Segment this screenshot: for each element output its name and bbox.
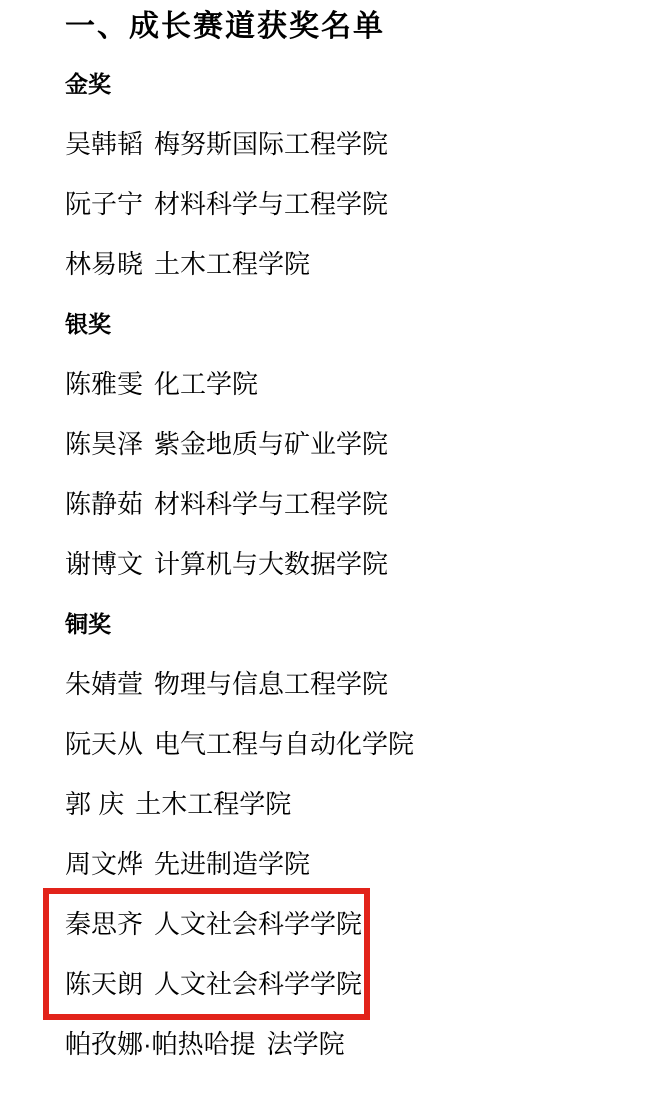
winner-row: 阮天从电气工程与自动化学院 <box>65 714 670 774</box>
award-document: 一、成长赛道获奖名单 金奖吴韩韬梅努斯国际工程学院阮子宁材料科学与工程学院林易晓… <box>0 0 670 1074</box>
winner-row: 阮子宁材料科学与工程学院 <box>65 174 670 234</box>
winner-name: 帕孜娜·帕热哈提 <box>65 1029 256 1059</box>
winner-college: 材料科学与工程学院 <box>154 489 388 519</box>
winner-name: 陈昊泽 <box>65 429 143 459</box>
winner-row: 陈静茹材料科学与工程学院 <box>65 474 670 534</box>
winner-name: 林易晓 <box>65 249 143 279</box>
award-tier-header: 银奖 <box>65 294 670 354</box>
winner-row: 吴韩韬梅努斯国际工程学院 <box>65 114 670 174</box>
winner-college: 人文社会科学学院 <box>154 969 362 999</box>
winner-row: 郭 庆土木工程学院 <box>65 774 670 834</box>
award-tier-header: 金奖 <box>65 54 670 114</box>
winner-college: 土木工程学院 <box>154 249 310 279</box>
winner-name: 陈静茹 <box>65 489 143 519</box>
winner-college: 物理与信息工程学院 <box>154 669 388 699</box>
winner-row: 林易晓土木工程学院 <box>65 234 670 294</box>
winner-name: 郭 庆 <box>65 789 124 819</box>
winner-college: 先进制造学院 <box>154 849 310 879</box>
winner-college: 法学院 <box>267 1029 345 1059</box>
winner-row: 陈雅雯化工学院 <box>65 354 670 414</box>
winner-college: 化工学院 <box>154 369 258 399</box>
winner-name: 吴韩韬 <box>65 129 143 159</box>
winner-row: 朱婧萱物理与信息工程学院 <box>65 654 670 714</box>
winner-college: 材料科学与工程学院 <box>154 189 388 219</box>
winner-name: 阮天从 <box>65 729 143 759</box>
winner-college: 土木工程学院 <box>135 789 291 819</box>
winner-row: 陈天朗人文社会科学学院 <box>65 954 364 1014</box>
winner-name: 周文烨 <box>65 849 143 879</box>
winner-row: 秦思齐人文社会科学学院 <box>65 894 364 954</box>
page-title: 一、成长赛道获奖名单 <box>65 10 670 44</box>
highlight-box: 秦思齐人文社会科学学院陈天朗人文社会科学学院 <box>43 888 370 1020</box>
winner-name: 陈雅雯 <box>65 369 143 399</box>
award-list: 金奖吴韩韬梅努斯国际工程学院阮子宁材料科学与工程学院林易晓土木工程学院银奖陈雅雯… <box>65 54 670 1074</box>
winner-college: 紫金地质与矿业学院 <box>154 429 388 459</box>
winner-college: 人文社会科学学院 <box>154 909 362 939</box>
winner-row: 谢博文计算机与大数据学院 <box>65 534 670 594</box>
award-tier-header: 铜奖 <box>65 594 670 654</box>
winner-college: 梅努斯国际工程学院 <box>154 129 388 159</box>
winner-college: 电气工程与自动化学院 <box>154 729 414 759</box>
winner-name: 陈天朗 <box>65 969 143 999</box>
winner-name: 阮子宁 <box>65 189 143 219</box>
winner-row: 陈昊泽紫金地质与矿业学院 <box>65 414 670 474</box>
winner-name: 秦思齐 <box>65 909 143 939</box>
winner-name: 谢博文 <box>65 549 143 579</box>
winner-row: 周文烨先进制造学院 <box>65 834 670 894</box>
winner-name: 朱婧萱 <box>65 669 143 699</box>
winner-row: 帕孜娜·帕热哈提法学院 <box>65 1014 670 1074</box>
winner-college: 计算机与大数据学院 <box>154 549 388 579</box>
